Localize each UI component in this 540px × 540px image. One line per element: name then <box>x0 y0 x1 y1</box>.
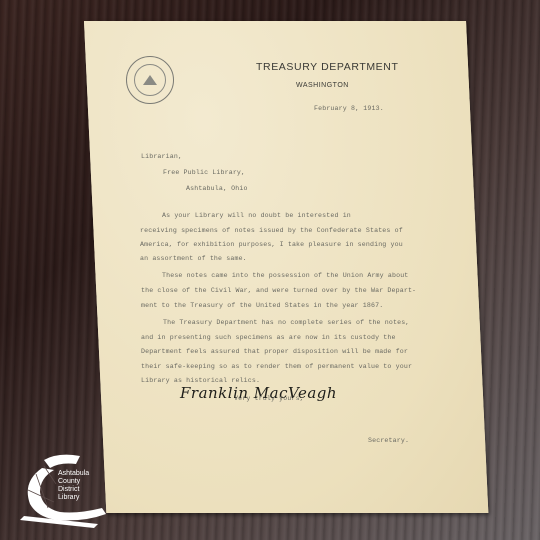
watermark-line: Ashtabula <box>58 470 89 478</box>
body-line: their safe-keeping so as to render them … <box>141 363 412 370</box>
treasury-seal-icon <box>126 56 174 104</box>
body-line: The Treasury Department has no complete … <box>163 319 409 326</box>
signer-title: Secretary. <box>368 437 409 444</box>
letterhead-title: TREASURY DEPARTMENT <box>256 61 398 73</box>
body-line: receiving specimens of notes issued by t… <box>140 227 403 234</box>
library-watermark-text: Ashtabula County District Library <box>58 470 89 502</box>
body-line: an assortment of the same. <box>140 255 247 262</box>
watermark-line: District <box>58 486 89 494</box>
letter-date: February 8, 1913. <box>314 105 384 112</box>
body-line: As your Library will no doubt be interes… <box>162 212 351 219</box>
body-line: Library as historical relics. <box>141 377 260 384</box>
body-line: America, for exhibition purposes, I take… <box>140 241 403 248</box>
watermark-line: County <box>58 478 89 486</box>
recipient-line: Librarian, <box>141 153 182 160</box>
letter-content: TREASURY DEPARTMENT WASHINGTON February … <box>84 21 466 513</box>
recipient-line: Free Public Library, <box>163 169 245 176</box>
recipient-line: Ashtabula, Ohio <box>186 185 248 192</box>
watermark-line: Library <box>58 494 89 502</box>
signature: Franklin MacVeagh <box>180 384 337 402</box>
letterhead-city: WASHINGTON <box>296 82 349 89</box>
body-line: and in presenting such specimens as are … <box>141 334 396 341</box>
body-line: the close of the Civil War, and were tur… <box>141 287 416 294</box>
body-line: These notes came into the possession of … <box>162 272 408 279</box>
body-line: Department feels assured that proper dis… <box>141 348 408 355</box>
body-line: ment to the Treasury of the United State… <box>141 302 383 309</box>
